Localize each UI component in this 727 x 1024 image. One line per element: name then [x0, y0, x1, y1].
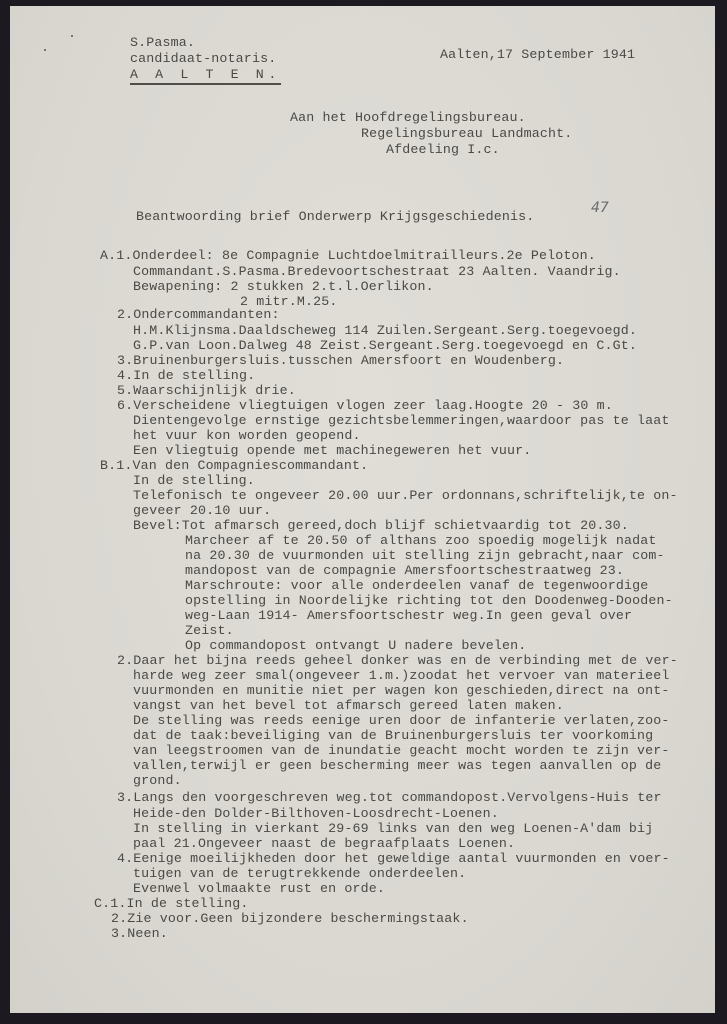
body-line: paal 21.Ongeveer naast de begraafplaats … [133, 836, 515, 851]
body-line: het vuur kon worden geopend. [133, 428, 361, 443]
body-line: Dientengevolge ernstige gezichtsbelemmer… [133, 413, 670, 428]
body-line: weg-Laan 1914- Amersfoortschestr weg.In … [185, 608, 632, 623]
body-line: 2.Ondercommandanten: [117, 307, 280, 322]
body-line: grond. [133, 773, 182, 788]
body-line: Een vliegtuig opende met machinegeweren … [133, 443, 531, 458]
body-line: Commandant.S.Pasma.Bredevoortschestraat … [133, 264, 621, 279]
sender-title: candidaat-notaris. [130, 51, 276, 66]
body-line: Evenwel volmaakte rust en orde. [133, 881, 385, 896]
body-line: Telefonisch te ongeveer 20.00 uur.Per or… [133, 488, 678, 503]
letter-subject: Beantwoording brief Onderwerp Krijgsgesc… [136, 209, 534, 224]
body-line: 4.In de stelling. [117, 368, 255, 383]
body-line: harde weg zeer smal(ongeveer 1.m.)zoodat… [133, 668, 670, 683]
recipient-line-1: Aan het Hoofdregelingsbureau. [290, 110, 526, 125]
body-line: 2.Daar het bijna reeds geheel donker was… [117, 653, 678, 668]
body-line: opstelling in Noordelijke richting tot d… [185, 593, 673, 608]
body-line: vangst van het bevel tot afmarsch gereed… [133, 698, 564, 713]
body-line: 6.Verscheidene vliegtuigen vlogen zeer l… [117, 398, 613, 413]
body-line: 3.Bruinenburgersluis.tusschen Amersfoort… [117, 353, 564, 368]
paper-speck [44, 49, 46, 51]
body-line: Marcheer af te 20.50 of althans zoo spoe… [185, 533, 657, 548]
body-line: Zeist. [185, 623, 234, 638]
body-line: Op commandopost ontvangt U nadere bevele… [185, 638, 526, 653]
body-line: van leegstroomen van de inundatie geacht… [133, 743, 670, 758]
recipient-line-2: Regelingsbureau Landmacht. [361, 126, 572, 141]
paper-speck [71, 35, 73, 37]
body-line: tuigen van de terugtrekkende onderdeelen… [133, 866, 466, 881]
body-line: na 20.30 de vuurmonden uit stelling zijn… [185, 548, 665, 563]
body-line: 3.Neen. [111, 926, 168, 941]
recipient-line-3: Afdeeling I.c. [386, 142, 500, 157]
letter-date: Aalten,17 September 1941 [440, 47, 635, 62]
handwritten-page-number: 47 [591, 200, 609, 216]
body-line: 2.Zie voor.Geen bijzondere beschermingst… [111, 911, 469, 926]
body-line: dat de taak:beveiliging van de Bruinenbu… [133, 728, 653, 743]
body-line: mandopost van de compagnie Amersfoortsch… [185, 563, 624, 578]
body-line: vallen,terwijl er geen bescherming meer … [133, 758, 661, 773]
body-line: Bewapening: 2 stukken 2.t.l.Oerlikon. [133, 279, 434, 294]
body-line: Heide-den Dolder-Bilthoven-Loosdrecht-Lo… [133, 806, 499, 821]
body-line: B.1.Van den Compagniescommandant. [100, 458, 368, 473]
body-line: In de stelling. [133, 473, 255, 488]
body-line: In stelling in vierkant 29-69 links van … [133, 821, 653, 836]
body-line: 4.Eenige moeilijkheden door het geweldig… [117, 851, 670, 866]
body-line: vuurmonden en munitie niet per wagen kon… [133, 683, 670, 698]
body-line: 3.Langs den voorgeschreven weg.tot comma… [117, 790, 662, 805]
body-line: Bevel:Tot afmarsch gereed,doch blijf sch… [133, 518, 629, 533]
sender-name: S.Pasma. [130, 35, 195, 50]
body-line: G.P.van Loon.Dalweg 48 Zeist.Sergeant.Se… [133, 338, 637, 353]
body-line: H.M.Klijnsma.Daaldscheweg 114 Zuilen.Ser… [133, 323, 637, 338]
body-line: Marschroute: voor alle onderdeelen vanaf… [185, 578, 648, 593]
body-line: C.1.In de stelling. [94, 896, 248, 911]
body-line: A.1.Onderdeel: 8e Compagnie Luchtdoelmit… [100, 248, 596, 263]
body-line: 5.Waarschijnlijk drie. [117, 383, 296, 398]
body-line: De stelling was reeds eenige uren door d… [133, 713, 670, 728]
body-line: geveer 20.10 uur. [133, 503, 271, 518]
sender-place: A A L T E N. [130, 67, 281, 85]
